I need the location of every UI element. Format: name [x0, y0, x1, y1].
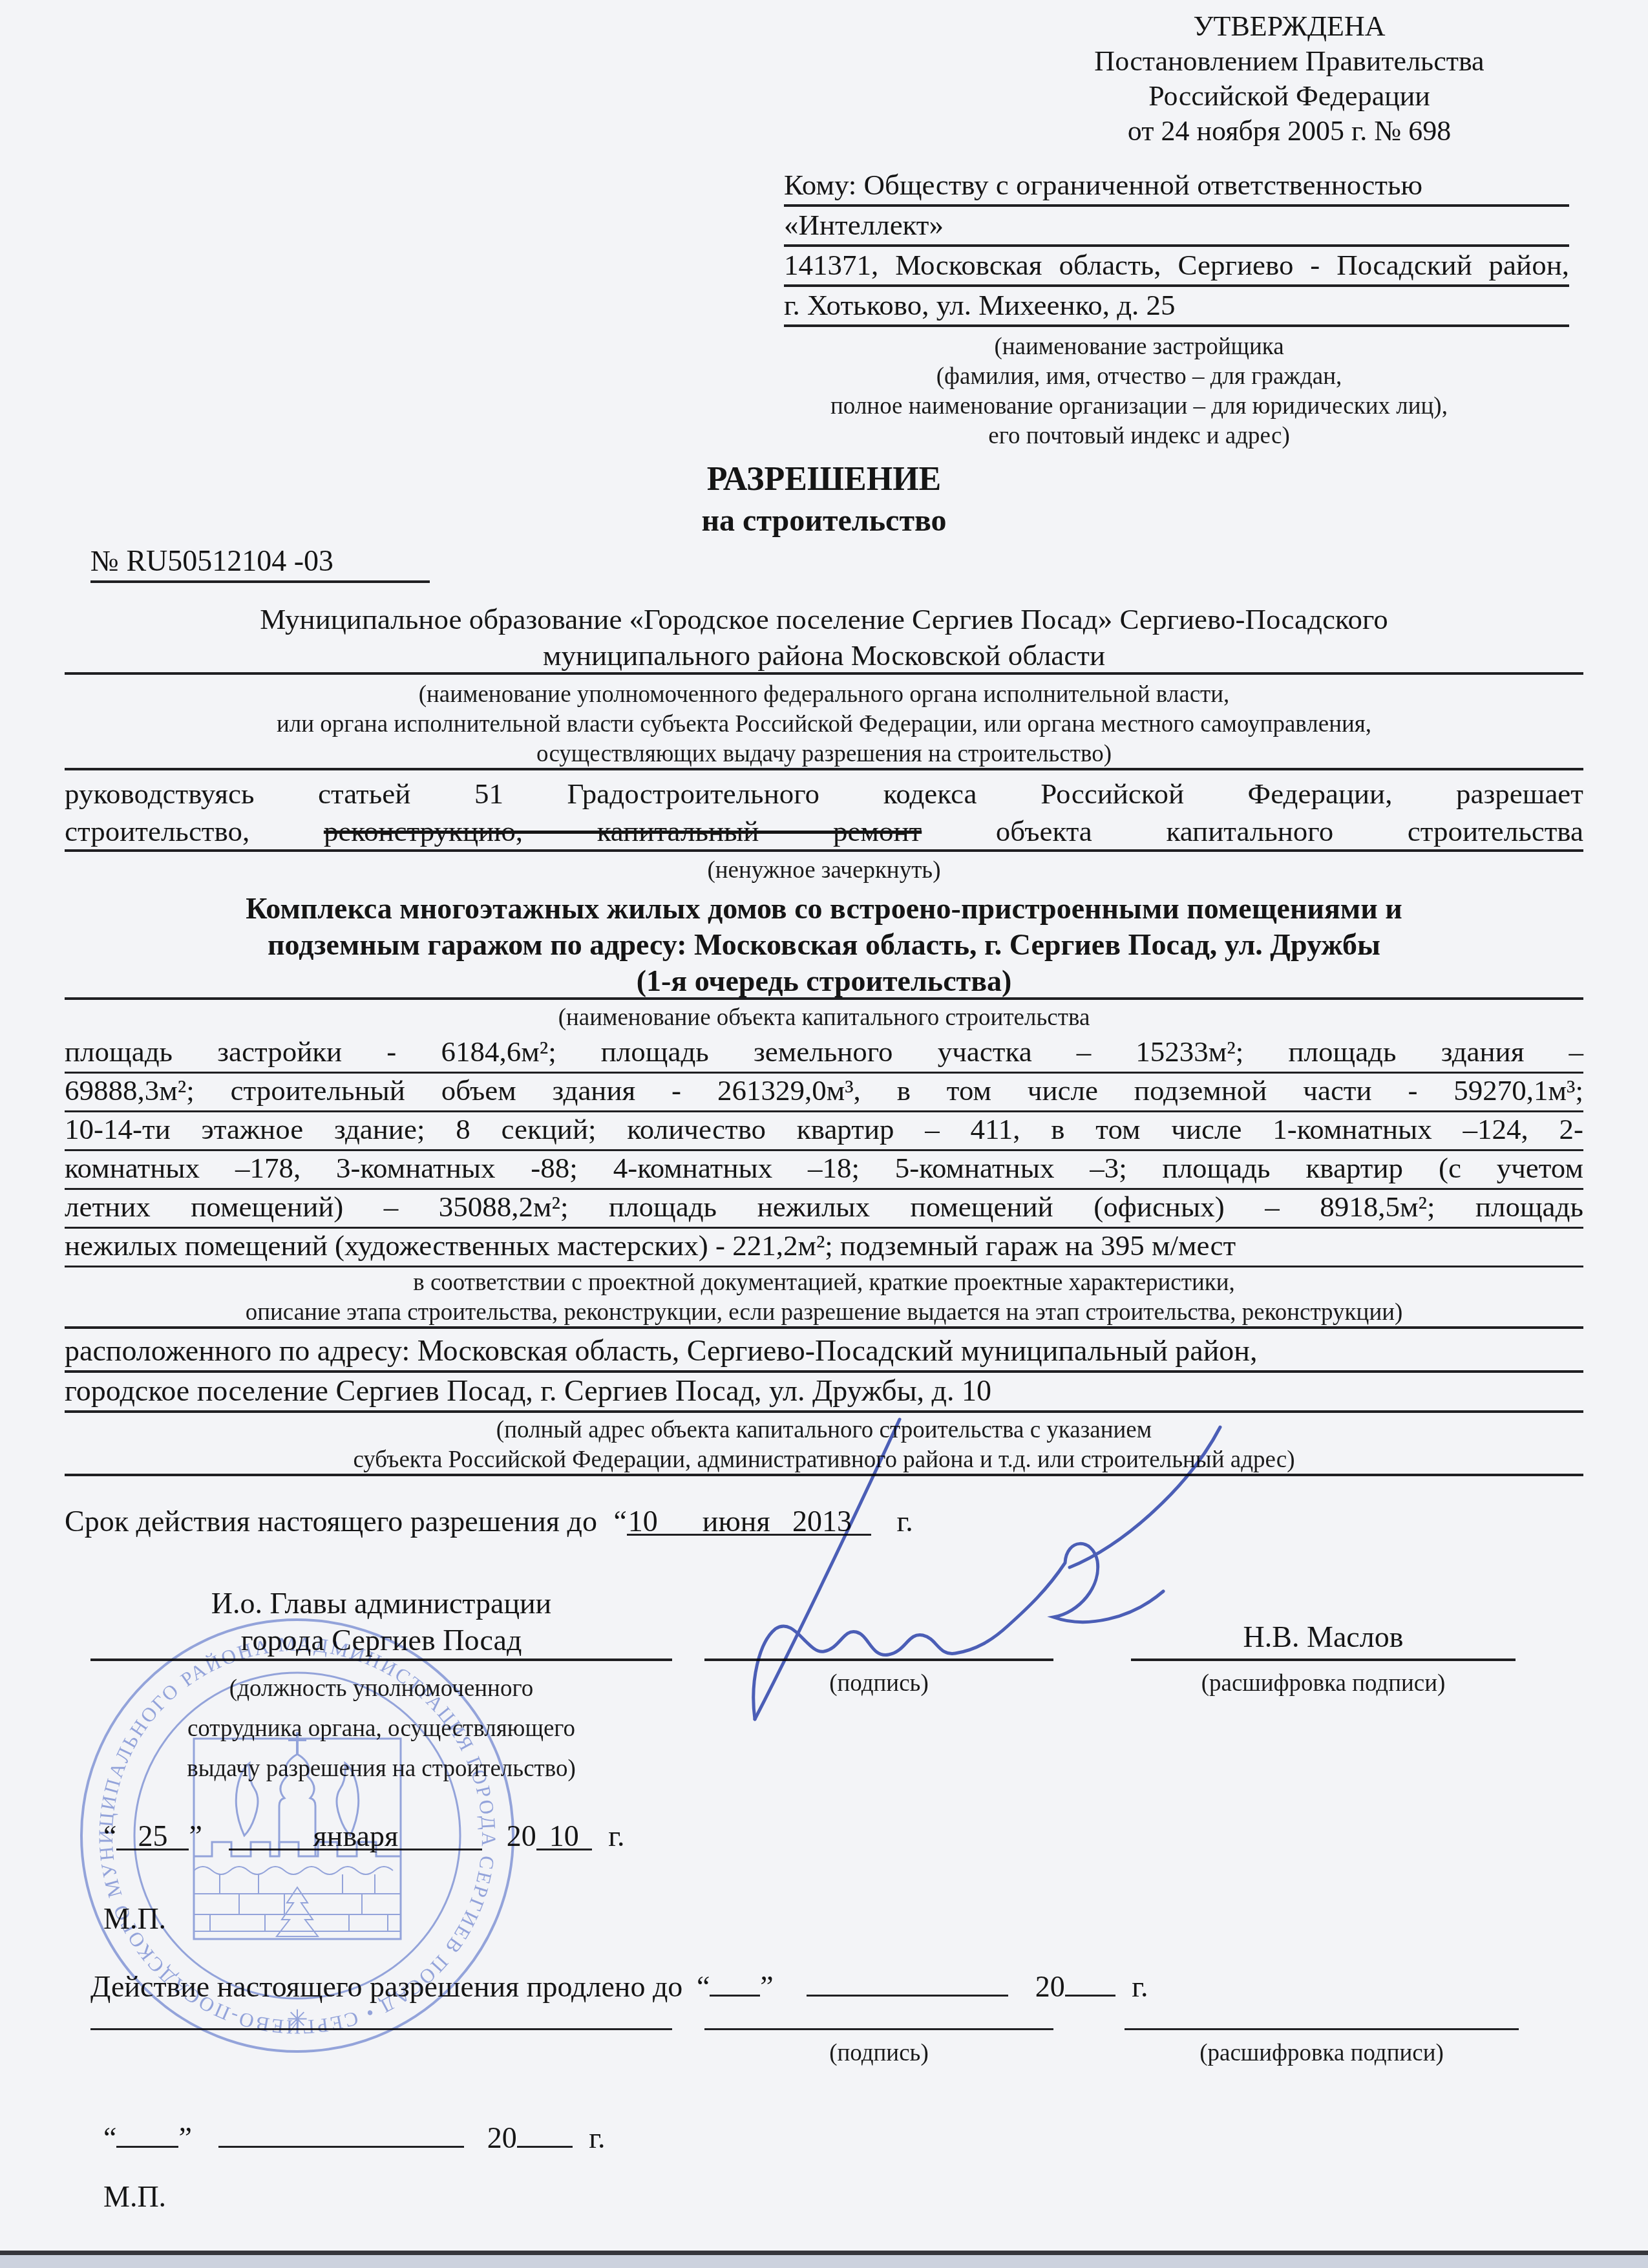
work-type: строительство, [65, 815, 249, 847]
validity-label: Срок действия настоящего разрешения до [65, 1505, 597, 1538]
addressee-captions: (наименование застройщика (фамилия, имя,… [704, 332, 1574, 451]
approval-line: УТВЕРЖДЕНА [966, 9, 1612, 44]
addressee-line-2: «Интеллект» [784, 207, 1569, 247]
specs-line: 69888,3м²; строительный объем здания - 2… [65, 1073, 1583, 1112]
object-name-caption: (наименование объекта капитального строи… [65, 1003, 1583, 1033]
official-round-stamp: АДМИНИСТРАЦИЯ ГОРОДА СЕРГИЕВ ПОСАД • СЕР… [71, 1609, 523, 2062]
object-name-line-1: Комплекса многоэтажных жилых домов со вс… [65, 891, 1583, 927]
specs-line: летних помещений) – 35088,2м²; площадь н… [65, 1189, 1583, 1229]
ext-date-close-quote: ” [178, 2121, 191, 2154]
ext-year-field [517, 2115, 573, 2148]
specs-line: 10-14-ти этажное здание; 8 секций; колич… [65, 1112, 1583, 1151]
permit-guided-line: руководствуясь статьей 51 Градостроитель… [65, 776, 1583, 812]
object-name-line-2: подземным гаражом по адресу: Московская … [65, 927, 1583, 963]
extension-century: 20 [1035, 1970, 1065, 2003]
approval-line: от 24 ноября 2005 г. № 698 [966, 114, 1612, 149]
document-title: РАЗРЕШЕНИЕ [0, 460, 1648, 498]
signature-stroke [755, 1419, 900, 1719]
extension-month-field [807, 1964, 1008, 1997]
addressee-line-1: Кому: Обществу с ограниченной ответствен… [784, 167, 1569, 207]
specs-line: площадь застройки - 6184,6м²; площадь зе… [65, 1034, 1583, 1074]
extension-date-line: “” 20 г. [103, 2115, 606, 2157]
stamp-ogrn-text: ОГРН 1055008031520 [71, 1609, 79, 1614]
document-page: { "approval": { "line1": "УТВЕРЖДЕНА", "… [0, 0, 1648, 2268]
work-object: объекта капитального строительства [996, 815, 1583, 847]
seal-mark-2: М.П. [103, 2179, 166, 2214]
authority-underline [65, 672, 1583, 675]
ext-century: 20 [487, 2121, 517, 2154]
ext-date-open-quote: “ [103, 2121, 116, 2154]
extension-signature-line [704, 2028, 1053, 2030]
extension-day-field [710, 1964, 760, 1997]
addressee-caption: полное наименование организации – для юр… [704, 392, 1574, 421]
approval-block: УТВЕРЖДЕНА Постановлением Правительства … [966, 9, 1612, 149]
permit-work-underline [65, 849, 1583, 852]
object-name-underline [65, 997, 1583, 1000]
scan-edge-paper [0, 2255, 1648, 2268]
extension-close-quote: ” [760, 1970, 773, 2003]
addressee-caption: (наименование застройщика [704, 332, 1574, 362]
stamp-coat-of-arms [194, 1732, 401, 1939]
authority-captions-underline [65, 768, 1583, 770]
object-name-line-3: (1-я очередь строительства) [65, 963, 1583, 999]
permit-work-line: строительство, реконструкцию, капитальны… [65, 813, 1583, 849]
extension-name-line [1125, 2028, 1519, 2030]
specs-line: комнатных –178, 3-комнатных -88; 4-комна… [65, 1150, 1583, 1190]
authority-line-1: Муниципальное образование «Городское пос… [65, 601, 1583, 637]
authority-caption: или органа исполнительной власти субъект… [65, 710, 1583, 739]
stamp-inner-ring [134, 1673, 460, 1998]
stamp-star: ✳ [286, 2005, 308, 2034]
authority-captions: (наименование уполномоченного федерально… [65, 680, 1583, 769]
work-type-struck: реконструкцию, капитальный ремонт [324, 815, 922, 847]
addressee-caption: (фамилия, имя, отчество – для граждан, [704, 362, 1574, 392]
scan-edge-line [0, 2251, 1648, 2255]
authority-caption: осуществляющих выдачу разрешения на стро… [65, 739, 1583, 769]
extension-name-caption: (расшифровка подписи) [1125, 2039, 1519, 2068]
specs-captions: в соответствии с проектной документацией… [65, 1268, 1583, 1328]
authority-line-2: муниципального района Московской области [65, 637, 1583, 673]
addressee-caption: его почтовый индекс и адрес) [704, 421, 1574, 451]
approval-line: Постановлением Правительства [966, 44, 1612, 79]
extension-signature-caption: (подпись) [704, 2039, 1053, 2068]
specs-caption-underline [65, 1326, 1583, 1329]
ext-year-unit: г. [589, 2121, 605, 2154]
issue-year-field: 10 [536, 1818, 592, 1850]
authority-caption: (наименование уполномоченного федерально… [65, 680, 1583, 710]
strike-note: (ненужное зачеркнуть) [65, 856, 1583, 885]
extension-year-unit: г. [1132, 1970, 1148, 2003]
permit-number: № RU50512104 -03 [90, 543, 430, 583]
ext-day-field [116, 2115, 178, 2148]
addressee-line-3: 141371, Московская область, Сергиево - П… [784, 247, 1569, 287]
approval-line: Российской Федерации [966, 79, 1612, 114]
stamp-outer-ring [81, 1620, 513, 2051]
signature-stroke [754, 1543, 1163, 1719]
handwritten-signature [614, 1377, 1260, 1829]
document-subtitle: на строительство [0, 503, 1648, 538]
specs-line: нежилых помещений (художественных мастер… [65, 1228, 1583, 1267]
location-line-1: расположенного по адресу: Московская обл… [65, 1333, 1583, 1373]
ext-month-field [218, 2115, 464, 2148]
signature-stroke [1070, 1427, 1220, 1567]
addressee-line-4: г. Хотьково, ул. Михеенко, д. 25 [784, 287, 1569, 327]
extension-open-quote: “ [697, 1970, 710, 2003]
extension-year-field [1065, 1964, 1115, 1997]
specs-caption: в соответствии с проектной документацией… [65, 1268, 1583, 1298]
specs-caption: описание этапа строительства, реконструк… [65, 1298, 1583, 1328]
